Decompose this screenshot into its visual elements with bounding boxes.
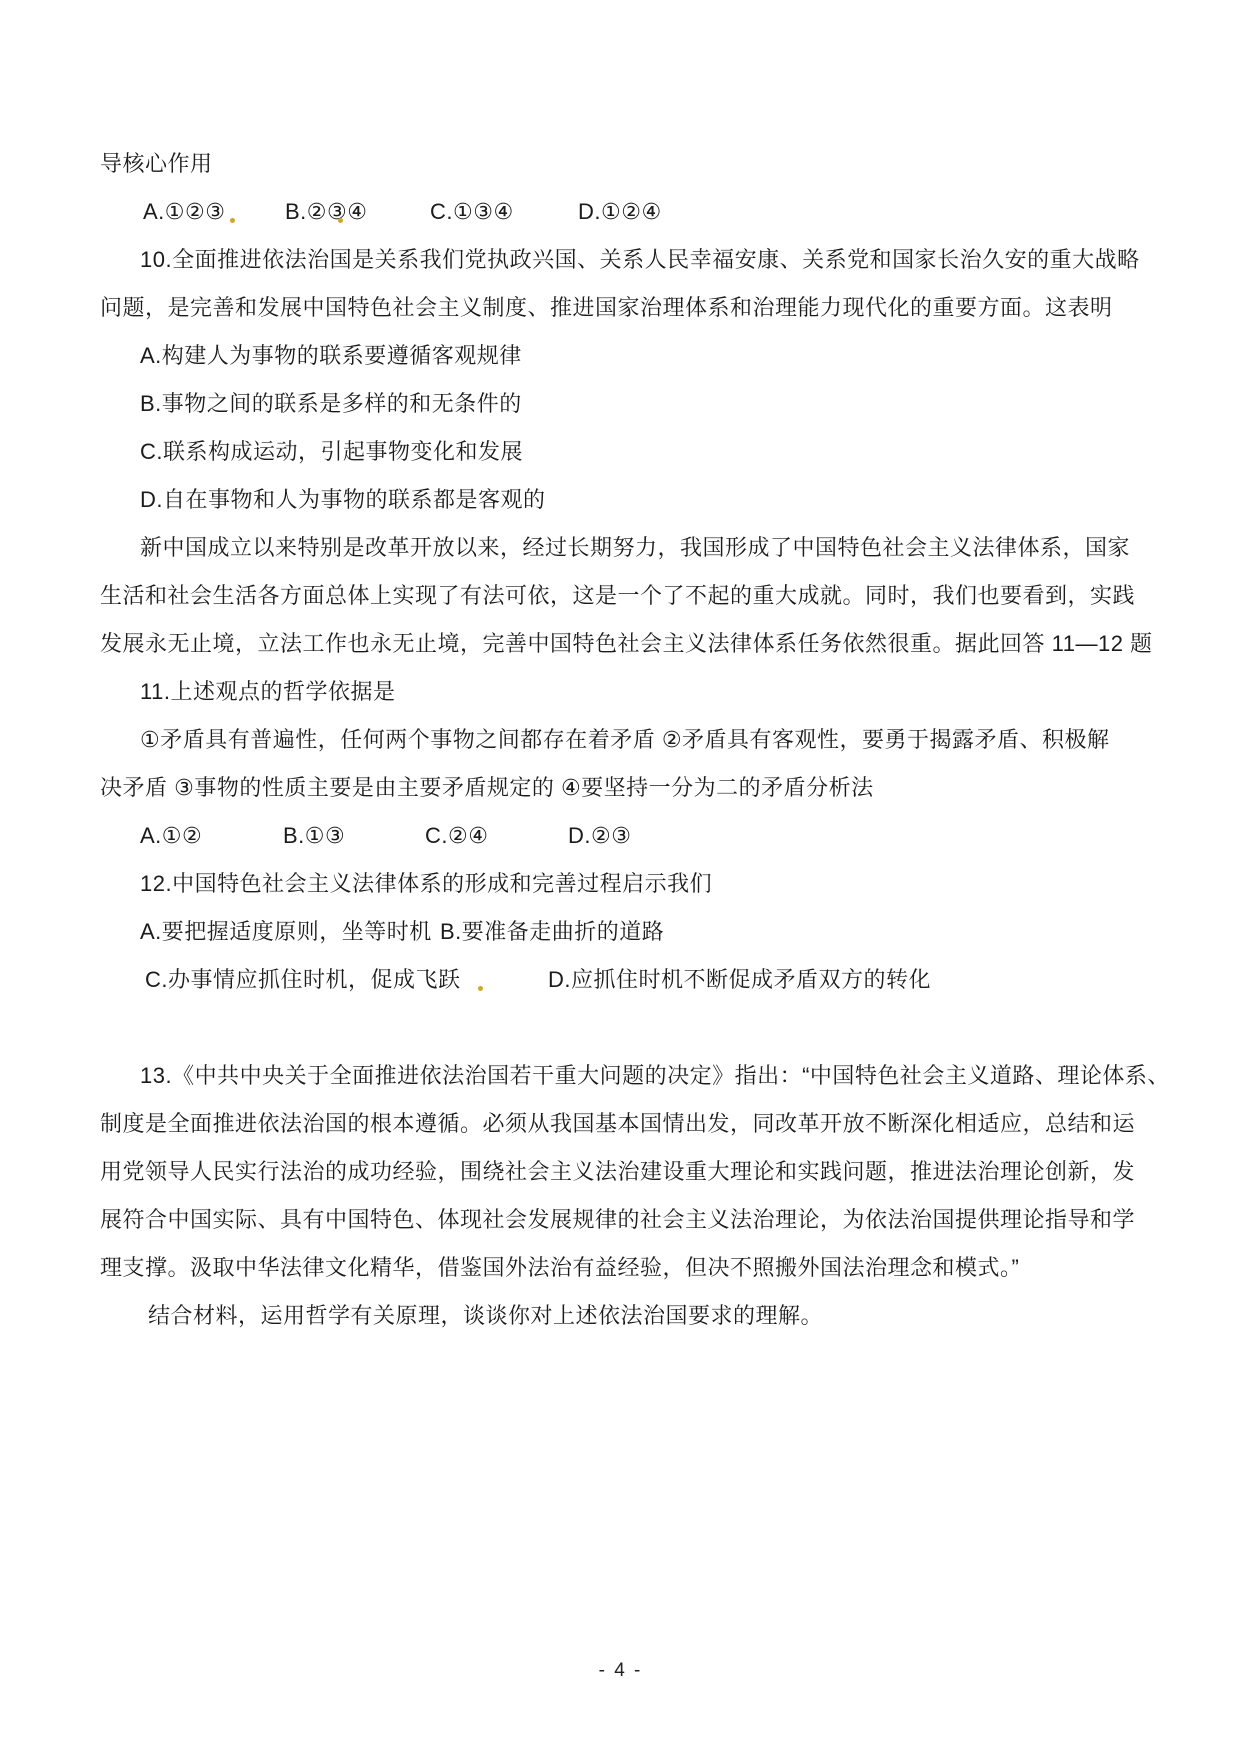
previous-question-options-row: A.①②③ B.②③④ C.①③④ D.①②④ bbox=[100, 188, 1145, 236]
option-d: D.①②④ bbox=[578, 188, 662, 236]
question-10-stem-line-1: 10.全面推进依法治国是关系我们党执政兴国、关系人民幸福安康、关系党和国家长治久… bbox=[100, 236, 1145, 284]
exam-document-page: 导核心作用 A.①②③ B.②③④ C.①③④ D.①②④ 10.全面推进依法治… bbox=[0, 0, 1241, 1754]
stray-mark-dot bbox=[338, 218, 343, 223]
question-13-stem-line-3: 用党领导人民实行法治的成功经验，围绕社会主义法治建设重大理论和实践问题，推进法治… bbox=[100, 1148, 1145, 1196]
option-a: A.①② bbox=[140, 812, 202, 860]
option-c: C.①③④ bbox=[430, 188, 514, 236]
question-10-option-b: B.事物之间的联系是多样的和无条件的 bbox=[100, 380, 1145, 428]
question-13-stem-line-2: 制度是全面推进依法治国的根本遵循。必须从我国基本国情出发，同改革开放不断深化相适… bbox=[100, 1100, 1145, 1148]
question-11-statements-line-2: 决矛盾 ③事物的性质主要是由主要矛盾规定的 ④要坚持一分为二的矛盾分析法 bbox=[100, 764, 1145, 812]
question-10-option-c: C.联系构成运动，引起事物变化和发展 bbox=[100, 428, 1145, 476]
question-11-stem: 11.上述观点的哲学依据是 bbox=[100, 668, 1145, 716]
option-d: D.②③ bbox=[568, 812, 631, 860]
option-a: A.要把握适度原则，坐等时机 bbox=[140, 908, 432, 956]
option-a: A.①②③ bbox=[143, 188, 225, 236]
question-10-stem-line-2: 问题，是完善和发展中国特色社会主义制度、推进国家治理体系和治理能力现代化的重要方… bbox=[100, 284, 1145, 332]
question-13-task: 结合材料，运用哲学有关原理，谈谈你对上述依法治国要求的理解。 bbox=[100, 1292, 1145, 1340]
previous-question-fragment: 导核心作用 bbox=[100, 140, 1145, 188]
question-11-options-row: A.①② B.①③ C.②④ D.②③ bbox=[100, 812, 1145, 860]
option-b: B.要准备走曲折的道路 bbox=[440, 908, 664, 956]
exam-page-content: 导核心作用 A.①②③ B.②③④ C.①③④ D.①②④ 10.全面推进依法治… bbox=[100, 140, 1145, 1340]
question-12-options-row-1: A.要把握适度原则，坐等时机 B.要准备走曲折的道路 bbox=[100, 908, 1145, 956]
passage-line-1: 新中国成立以来特别是改革开放以来，经过长期努力，我国形成了中国特色社会主义法律体… bbox=[100, 524, 1145, 572]
passage-line-2: 生活和社会生活各方面总体上实现了有法可依，这是一个了不起的重大成就。同时，我们也… bbox=[100, 572, 1145, 620]
option-c: C.②④ bbox=[425, 812, 488, 860]
option-d: D.应抓住时机不断促成矛盾双方的转化 bbox=[548, 956, 931, 1004]
question-10-option-a: A.构建人为事物的联系要遵循客观规律 bbox=[100, 332, 1145, 380]
question-13-stem-line-1: 13.《中共中央关于全面推进依法治国若干重大问题的决定》指出：“中国特色社会主义… bbox=[100, 1052, 1145, 1100]
passage-line-3: 发展永无止境，立法工作也永无止境，完善中国特色社会主义法律体系任务依然很重。据此… bbox=[100, 620, 1145, 668]
stray-mark-dot bbox=[230, 218, 235, 223]
question-13-stem-line-4: 展符合中国实际、具有中国特色、体现社会发展规律的社会主义法治理论，为依法治国提供… bbox=[100, 1196, 1145, 1244]
question-12-options-row-2: C.办事情应抓住时机，促成飞跃 D.应抓住时机不断促成矛盾双方的转化 bbox=[100, 956, 1145, 1004]
question-13-stem-line-5: 理支撑。汲取中华法律文化精华，借鉴国外法治有益经验，但决不照搬外国法治理念和模式… bbox=[100, 1244, 1145, 1292]
stray-mark-dot bbox=[478, 986, 483, 991]
page-number: - 4 - bbox=[0, 1660, 1241, 1682]
question-12-stem: 12.中国特色社会主义法律体系的形成和完善过程启示我们 bbox=[100, 860, 1145, 908]
option-c: C.办事情应抓住时机，促成飞跃 bbox=[145, 956, 461, 1004]
blank-line bbox=[100, 1004, 1145, 1052]
question-10-option-d: D.自在事物和人为事物的联系都是客观的 bbox=[100, 476, 1145, 524]
question-11-statements-line-1: ①矛盾具有普遍性，任何两个事物之间都存在着矛盾 ②矛盾具有客观性，要勇于揭露矛盾… bbox=[100, 716, 1145, 764]
option-b: B.①③ bbox=[283, 812, 345, 860]
option-b: B.②③④ bbox=[285, 188, 367, 236]
